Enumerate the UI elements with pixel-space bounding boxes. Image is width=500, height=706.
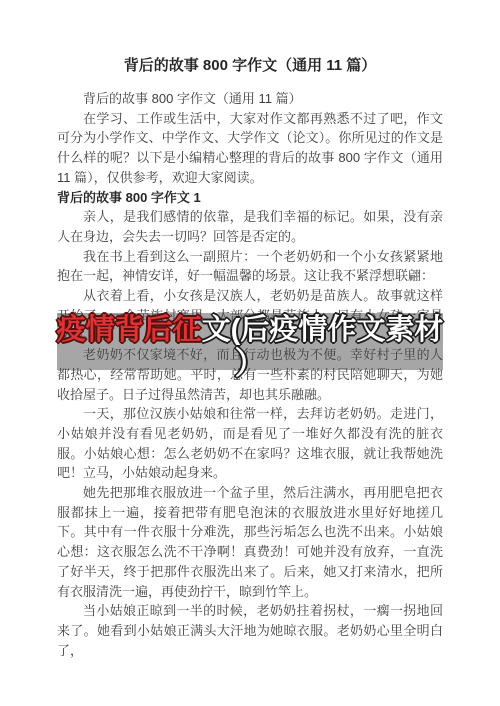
paragraph: 在学习、工作或生活中，大家对作文都再熟悉不过了吧，作文可分为小学作文、中学作文、… bbox=[57, 109, 443, 188]
paragraph: 背后的故事 800 字作文（通用 11 篇） bbox=[57, 89, 443, 109]
paragraph: 我在书上看到这么一副照片：一个老奶奶和一个小女孩紧紧地抱在一起，神情安详，好一幅… bbox=[57, 247, 443, 286]
paragraph: 她先把那堆衣服放进一个盆子里，然后注满水，再用肥皂把衣服都抹上一遍，接着把带有肥… bbox=[57, 483, 443, 601]
paragraph: 一天，那位汉族小姑娘和往常一样，去拜访老奶奶。走进门，小姑娘并没有看见老奶奶，而… bbox=[57, 404, 443, 483]
paragraph: 老奶奶不仅家境不好，而且行动也极为不便。幸好村子里的人都热心，经常帮助她。平时，… bbox=[57, 345, 443, 404]
paragraph: 从衣着上看，小女孩是汉族人，老奶奶是苗族人。故事就这样开始了。一个苗族村寨里，大… bbox=[57, 286, 443, 345]
paragraph-list: 背后的故事 800 字作文（通用 11 篇）在学习、工作或生活中，大家对作文都再… bbox=[57, 89, 443, 660]
paragraph: 亲人，是我们感情的依靠，是我们幸福的标记。如果，没有亲人在身边，会失去一切吗？回… bbox=[57, 207, 443, 246]
document-title: 背后的故事 800 字作文（通用 11 篇） bbox=[57, 56, 443, 76]
paragraph: 当小姑娘正晾到一半的时候，老奶奶拄着拐杖，一瘸一拐地回来了。她看到小姑娘正满头大… bbox=[57, 601, 443, 660]
section-heading: 背后的故事 800 字作文 1 bbox=[57, 188, 443, 208]
document-page: 背后的故事 800 字作文（通用 11 篇） 背后的故事 800 字作文（通用 … bbox=[0, 0, 500, 706]
article-content: 背后的故事 800 字作文（通用 11 篇） 背后的故事 800 字作文（通用 … bbox=[57, 40, 443, 660]
